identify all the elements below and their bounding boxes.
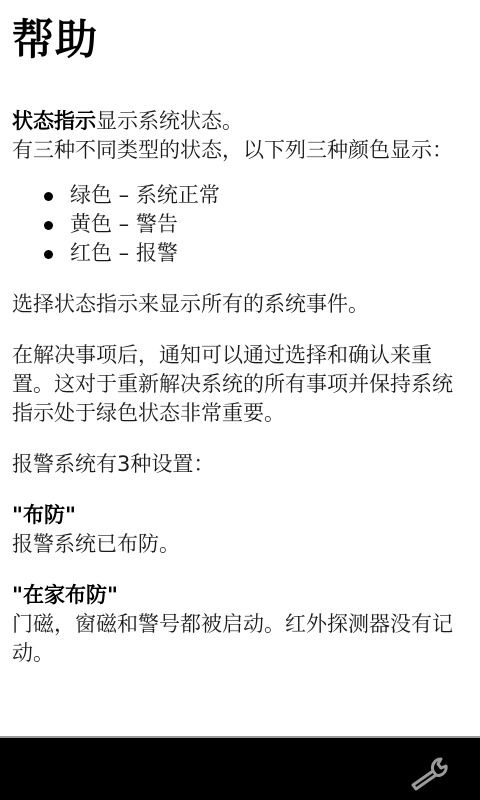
intro-paragraph: 状态指示显示系统状态。 xyxy=(12,107,468,136)
list-item-yellow: 黄色 – 警告 xyxy=(42,210,468,239)
list-item-green: 绿色 – 系统正常 xyxy=(42,181,468,210)
help-content: 帮助 状态指示显示系统状态。 有三种不同类型的状态，以下列三种颜色显示： 绿色 … xyxy=(0,0,480,736)
reset-paragraph: 在解决事项后，通知可以通过选择和确认来重置。这对于重新解决系统的所有事项并保持系… xyxy=(12,341,468,428)
intro-bold-term: 状态指示 xyxy=(12,109,96,133)
intro-text: 显示系统状态。 xyxy=(96,109,243,133)
mode-description-home-armed: 门磁，窗磁和警号都被启动。红外探测器没有记动。 xyxy=(12,610,468,668)
status-color-list: 绿色 – 系统正常 黄色 – 警告 红色 – 报警 xyxy=(12,181,468,268)
list-item-red: 红色 – 报警 xyxy=(42,239,468,268)
wrench-icon xyxy=(408,752,452,792)
select-paragraph: 选择状态指示来显示所有的系统事件。 xyxy=(12,290,468,319)
mode-heading-armed: "布防" xyxy=(12,501,468,530)
mode-description-armed: 报警系统已布防。 xyxy=(12,530,468,559)
types-paragraph: 有三种不同类型的状态，以下列三种颜色显示： xyxy=(12,136,468,165)
settings-button[interactable] xyxy=(408,752,452,792)
page-title: 帮助 xyxy=(12,14,468,66)
mode-heading-home-armed: "在家布防" xyxy=(12,581,468,610)
settings-paragraph: 报警系统有3种设置： xyxy=(12,450,468,479)
bottom-app-bar xyxy=(0,736,480,800)
